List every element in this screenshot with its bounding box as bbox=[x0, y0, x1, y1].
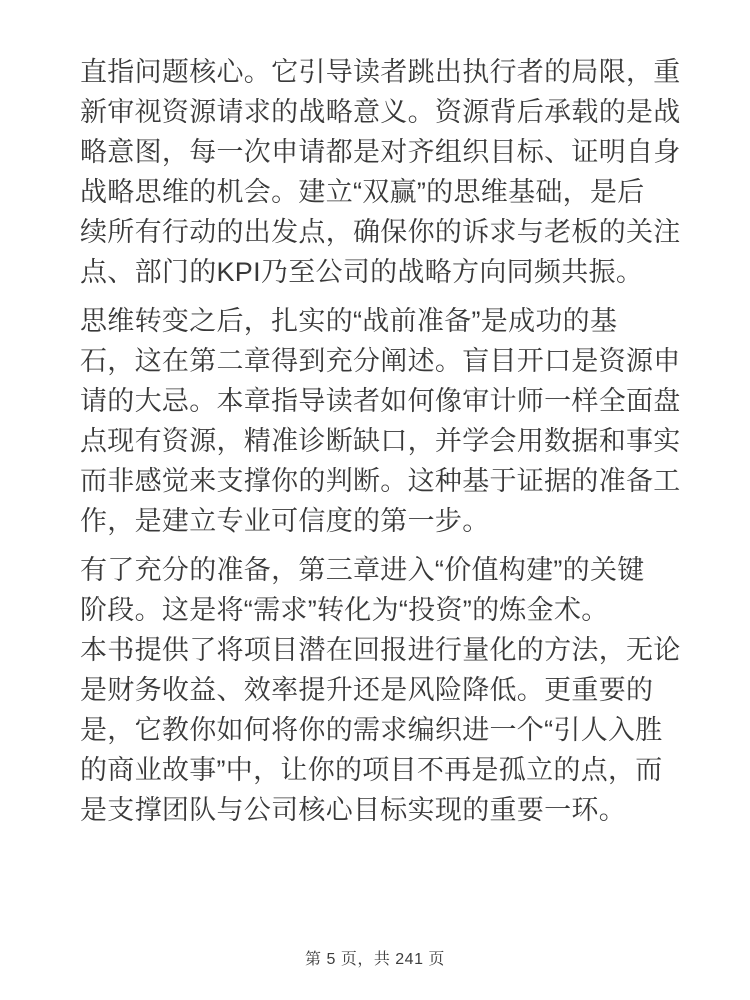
text-line: 点、部门的KPI乃至公司的战略方向同频共振。 bbox=[80, 252, 680, 292]
text-line: 思维转变之后，扎实的“战前准备”是成功的基 bbox=[80, 301, 680, 341]
text-line: 战略思维的机会。建立“双赢”的思维基础，是后 bbox=[80, 172, 680, 212]
page-indicator: 第 5 页，共 241 页 bbox=[305, 951, 445, 968]
text-line: 而非感觉来支撑你的判断。这种基于证据的准备工 bbox=[80, 461, 680, 501]
text-line: 请的大忌。本章指导读者如何像审计师一样全面盘 bbox=[80, 381, 680, 421]
page-footer: 第 5 页，共 241 页 bbox=[0, 951, 750, 969]
text-line: 是，它教你如何将你的需求编织进一个“引人入胜 bbox=[80, 710, 680, 750]
text-line: 石，这在第二章得到充分阐述。盲目开口是资源申 bbox=[80, 341, 680, 381]
text-line: 作，是建立专业可信度的第一步。 bbox=[80, 501, 680, 541]
paragraph-2: 思维转变之后，扎实的“战前准备”是成功的基 石，这在第二章得到充分阐述。盲目开口… bbox=[80, 301, 680, 541]
text-line: 略意图，每一次申请都是对齐组织目标、证明自身 bbox=[80, 132, 680, 172]
text-line: 的商业故事”中，让你的项目不再是孤立的点，而 bbox=[80, 750, 680, 790]
paragraph-1: 直指问题核心。它引导读者跳出执行者的局限，重 新审视资源请求的战略意义。资源背后… bbox=[80, 52, 680, 292]
text-line: 是支撑团队与公司核心目标实现的重要一环。 bbox=[80, 790, 680, 830]
text-line: 新审视资源请求的战略意义。资源背后承载的是战 bbox=[80, 92, 680, 132]
text-line: 有了充分的准备，第三章进入“价值构建”的关键 bbox=[80, 550, 680, 590]
text-line: 直指问题核心。它引导读者跳出执行者的局限，重 bbox=[80, 52, 680, 92]
text-line: 点现有资源，精准诊断缺口，并学会用数据和事实 bbox=[80, 421, 680, 461]
paragraph-3: 有了充分的准备，第三章进入“价值构建”的关键 阶段。这是将“需求”转化为“投资”… bbox=[80, 550, 680, 830]
text-line: 续所有行动的出发点，确保你的诉求与老板的关注 bbox=[80, 212, 680, 252]
text-line: 是财务收益、效率提升还是风险降低。更重要的 bbox=[80, 670, 680, 710]
document-page: 直指问题核心。它引导读者跳出执行者的局限，重 新审视资源请求的战略意义。资源背后… bbox=[0, 0, 750, 830]
text-line: 阶段。这是将“需求”转化为“投资”的炼金术。 bbox=[80, 590, 680, 630]
text-line: 本书提供了将项目潜在回报进行量化的方法，无论 bbox=[80, 630, 680, 670]
